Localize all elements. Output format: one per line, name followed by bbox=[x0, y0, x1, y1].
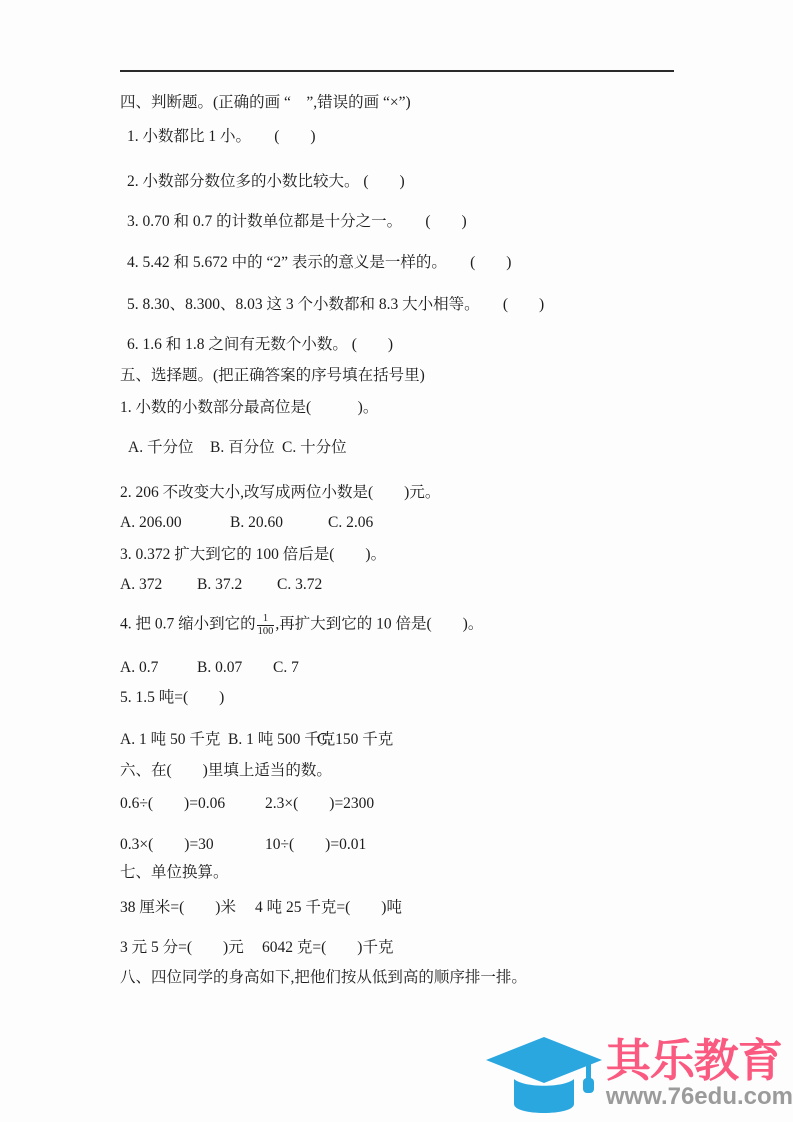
choice-option: C. 十分位 bbox=[282, 437, 347, 459]
choice-options-row: A. 206.00 B. 20.60 C. 2.06 bbox=[120, 512, 720, 534]
logo-brand-name: 其乐教育 bbox=[606, 1038, 782, 1083]
judge-item: 4. 5.42 和 5.672 中的 “2” 表示的意义是一样的。 ( ) bbox=[127, 252, 727, 274]
choice-option: A. 372 bbox=[120, 574, 162, 596]
logo-website-url: www.76edu.com bbox=[606, 1084, 793, 1110]
choice-option: B. 37.2 bbox=[197, 574, 242, 596]
choice-option: A. 206.00 bbox=[120, 512, 182, 534]
judge-item: 2. 小数部分数位多的小数比较大。 ( ) bbox=[127, 171, 727, 193]
convert-equation: 4 吨 25 千克=( )吨 bbox=[255, 897, 402, 919]
choice-question-stem: 3. 0.372 扩大到它的 100 倍后是( )。 bbox=[120, 544, 720, 566]
choice-options-row: A. 1 吨 50 千克 B. 1 吨 500 千克 C. 150 千克 bbox=[120, 729, 720, 751]
convert-equation: 38 厘米=( )米 bbox=[120, 897, 236, 919]
stem-prefix: 4. 把 0.7 缩小到它的 bbox=[120, 615, 256, 632]
choice-options-row: A. 0.7 B. 0.07 C. 7 bbox=[120, 657, 720, 679]
section-choice-title: 五、选择题。(把正确答案的序号填在括号里) bbox=[120, 365, 720, 387]
choice-option: B. 0.07 bbox=[197, 657, 242, 679]
convert-row: 3 元 5 分=( )元 6042 克=( )千克 bbox=[120, 937, 720, 959]
choice-option: C. 150 千克 bbox=[317, 729, 393, 751]
choice-option: C. 3.72 bbox=[277, 574, 322, 596]
choice-option: C. 2.06 bbox=[328, 512, 373, 534]
judge-item: 3. 0.70 和 0.7 的计数单位都是十分之一。 ( ) bbox=[127, 211, 727, 233]
choice-option: B. 20.60 bbox=[230, 512, 283, 534]
fill-row: 0.6÷( )=0.06 2.3×( )=2300 bbox=[120, 793, 720, 815]
choice-option: A. 0.7 bbox=[120, 657, 158, 679]
section-order-title: 八、四位同学的身高如下,把他们按从低到高的顺序排一排。 bbox=[120, 967, 720, 989]
choice-options-row: A. 千分位 B. 百分位 C. 十分位 bbox=[120, 437, 720, 459]
logo-text-block: 其乐教育 www.76edu.com bbox=[606, 1038, 793, 1110]
choice-question-stem: 4. 把 0.7 缩小到它的1100,再扩大到它的 10 倍是( )。 bbox=[120, 613, 720, 635]
choice-option: A. 千分位 bbox=[128, 437, 193, 459]
fraction-numerator: 1 bbox=[257, 613, 275, 626]
judge-item: 6. 1.6 和 1.8 之间有无数个小数。 ( ) bbox=[127, 334, 727, 356]
convert-equation: 6042 克=( )千克 bbox=[262, 937, 393, 959]
choice-options-row: A. 372 B. 37.2 C. 3.72 bbox=[120, 574, 720, 596]
convert-equation: 3 元 5 分=( )元 bbox=[120, 937, 244, 959]
fraction: 1100 bbox=[257, 613, 275, 637]
fraction-denominator: 100 bbox=[257, 626, 275, 638]
choice-question-stem: 1. 小数的小数部分最高位是( )。 bbox=[120, 397, 720, 419]
judge-item: 1. 小数都比 1 小。 ( ) bbox=[127, 126, 727, 148]
stem-suffix: ,再扩大到它的 10 倍是( )。 bbox=[275, 615, 483, 632]
fill-row: 0.3×( )=30 10÷( )=0.01 bbox=[120, 834, 720, 856]
divider-line bbox=[120, 70, 674, 72]
choice-option: B. 百分位 bbox=[210, 437, 275, 459]
choice-option: C. 7 bbox=[273, 657, 299, 679]
section-convert-title: 七、单位换算。 bbox=[120, 862, 720, 884]
choice-question-stem: 2. 206 不改变大小,改写成两位小数是( )元。 bbox=[120, 482, 720, 504]
fill-equation: 2.3×( )=2300 bbox=[265, 793, 374, 815]
choice-question-stem: 5. 1.5 吨=( ) bbox=[120, 687, 720, 709]
section-fill-title: 六、在( )里填上适当的数。 bbox=[120, 760, 720, 782]
choice-option: A. 1 吨 50 千克 bbox=[120, 729, 220, 751]
convert-row: 38 厘米=( )米 4 吨 25 千克=( )吨 bbox=[120, 897, 720, 919]
worksheet-page: 四、判断题。(正确的画 “ ”,错误的画 “×”) 1. 小数都比 1 小。 (… bbox=[0, 0, 793, 1122]
fill-equation: 0.6÷( )=0.06 bbox=[120, 793, 225, 815]
section-judge-title: 四、判断题。(正确的画 “ ”,错误的画 “×”) bbox=[120, 92, 720, 114]
site-logo: 其乐教育 www.76edu.com bbox=[478, 1030, 793, 1118]
judge-item: 5. 8.30、8.300、8.03 这 3 个小数都和 8.3 大小相等。 (… bbox=[127, 294, 727, 316]
fill-equation: 0.3×( )=30 bbox=[120, 834, 214, 856]
graduation-cap-icon bbox=[478, 1030, 612, 1118]
fill-equation: 10÷( )=0.01 bbox=[265, 834, 366, 856]
